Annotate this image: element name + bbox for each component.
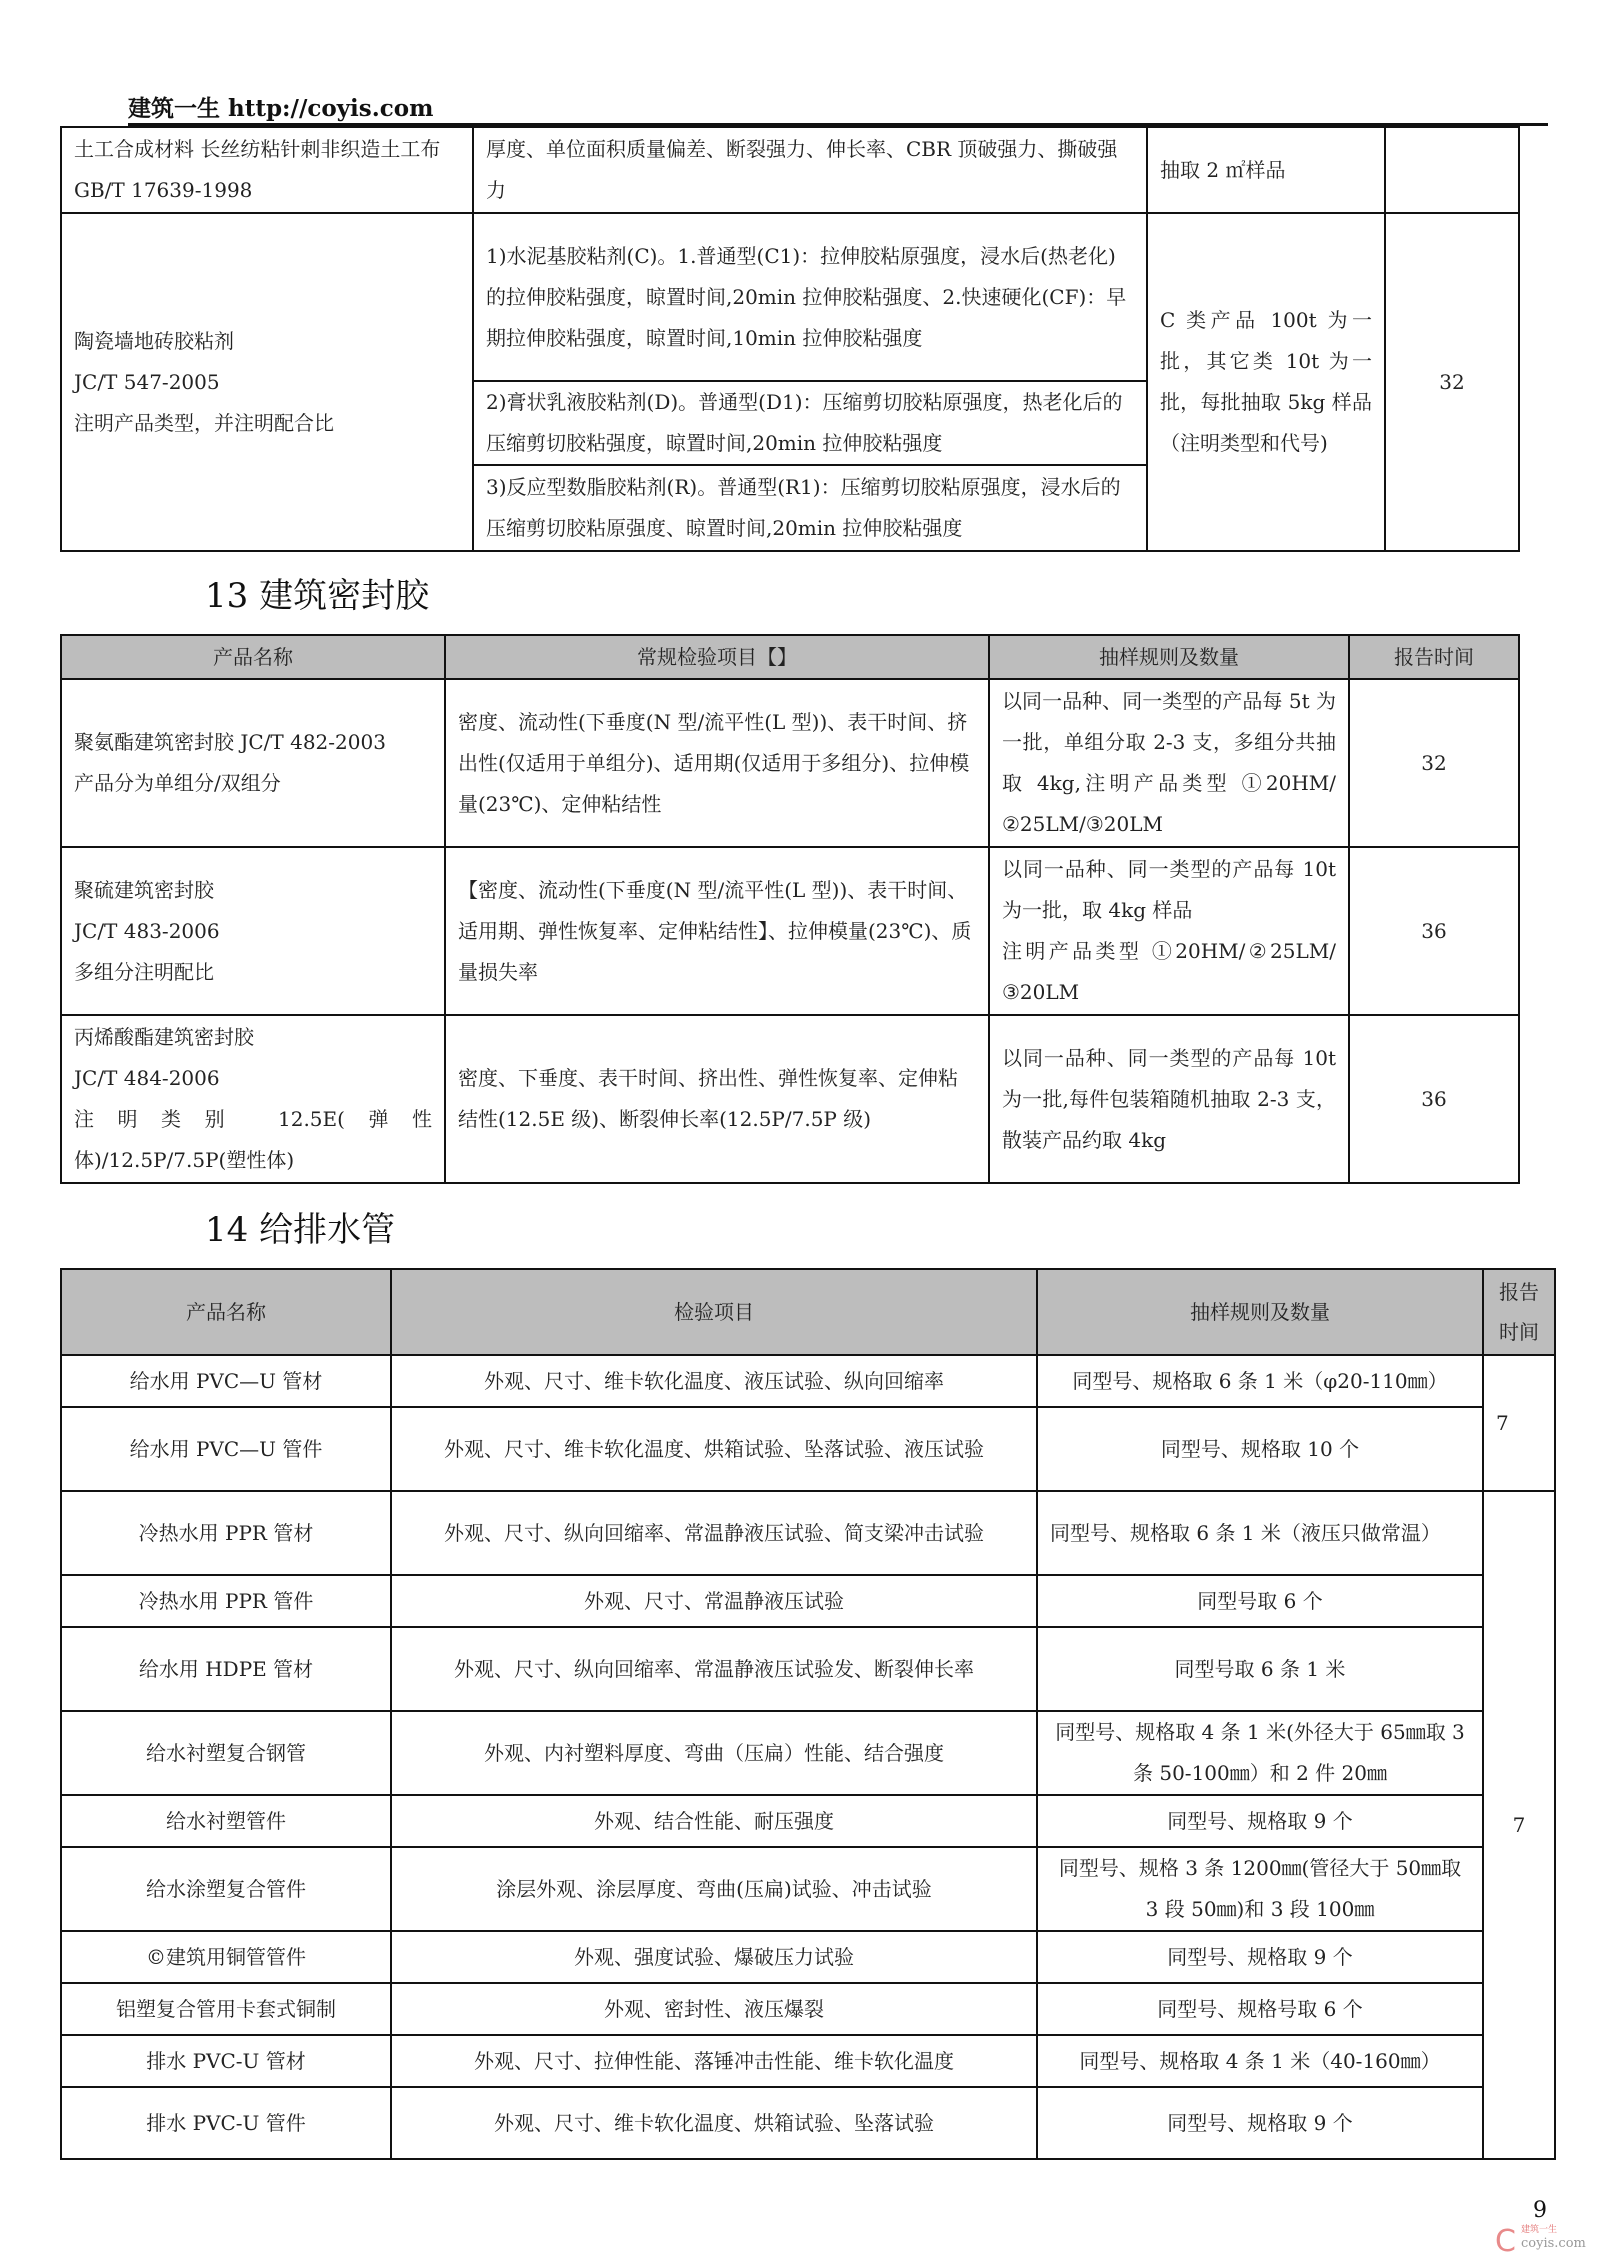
report-time: 36 [1349,847,1519,1015]
table-row: 排水 PVC-U 管件 外观、尺寸、维卡软化温度、烘箱试验、坠落试验 同型号、规… [61,2087,1555,2159]
table-row: 给水涂塑复合管件 涂层外观、涂层厚度、弯曲(压扁)试验、冲击试验 同型号、规格 … [61,1847,1555,1931]
table-row: 土工合成材料 长丝纺粘针刺非织造土工布 GB/T 17639-1998 厚度、单… [61,127,1519,213]
product-name: 聚硫建筑密封胶 JC/T 483-2006 多组分注明配比 [61,847,445,1015]
test-items: 密度、流动性(下垂度(N 型/流平性(L 型))、表干时间、挤出性(仅适用于单组… [445,679,989,847]
header-sampling: 抽样规则及数量 [989,635,1349,679]
header-sampling: 抽样规则及数量 [1037,1269,1483,1355]
test-items: 外观、内衬塑料厚度、弯曲（压扁）性能、结合强度 [391,1711,1037,1795]
sampling-rule: 同型号、规格取 6 条 1 米（φ20-110㎜） [1037,1355,1483,1407]
sampling-rule: 同型号、规格取 10 个 [1037,1407,1483,1491]
test-items: 外观、尺寸、拉伸性能、落锤冲击性能、维卡软化温度 [391,2035,1037,2087]
pipe-table: 产品名称 检验项目 抽样规则及数量 报告 时间 给水用 PVC—U 管材 外观、… [60,1268,1556,2160]
test-items: 外观、尺寸、维卡软化温度、烘箱试验、坠落试验、液压试验 [391,1407,1037,1491]
table-row: 冷热水用 PPR 管材 外观、尺寸、纵向回缩率、常温静液压试验、简支梁冲击试验 … [61,1491,1555,1575]
report-time: 7 [1483,1491,1555,2159]
test-items-sub-2: 2)膏状乳液胶粘剂(D)。普通型(D1)：压缩剪切胶粘原强度，热老化后的压缩剪切… [473,381,1147,465]
watermark-url: coyis.com [1521,2236,1586,2251]
product-name: 冷热水用 PPR 管材 [61,1491,391,1575]
product-name: 铝塑复合管用卡套式铜制 [61,1983,391,2035]
test-items-sub-3: 3)反应型数脂胶粘剂(R)。普通型(R1)：压缩剪切胶粘原强度，浸水后的压缩剪切… [473,465,1147,551]
page-number: 9 [1533,2198,1547,2223]
report-time [1385,127,1519,213]
test-items: 密度、下垂度、表干时间、挤出性、弹性恢复率、定伸粘结性(12.5E 级)、断裂伸… [445,1015,989,1183]
sampling-rule: 同型号、规格取 6 条 1 米（液压只做常温） [1037,1491,1483,1575]
sampling-rule: 以同一品种、同一类型的产品每 10t 为一批,每件包装箱随机抽取 2-3 支，散… [989,1015,1349,1183]
sampling-rule: 同型号、规格取 9 个 [1037,2087,1483,2159]
section-14-title: 14 给排水管 [205,1202,395,1251]
sampling-rule: C 类产品 100t 为一批，其它类 10t 为一批，每批抽取 5kg 样品（注… [1147,213,1385,551]
table-row: 铝塑复合管用卡套式铜制 外观、密封性、液压爆裂 同型号、规格号取 6 个 [61,1983,1555,2035]
header-product-name: 产品名称 [61,1269,391,1355]
watermark-brand: 建筑一生 [1521,2222,1557,2235]
sampling-rule: 同型号、规格 3 条 1200㎜(管径大于 50㎜取 3 段 50㎜)和 3 段… [1037,1847,1483,1931]
product-name: 陶瓷墙地砖胶粘剂 JC/T 547-2005 注明产品类型，并注明配合比 [61,213,473,551]
test-items: 涂层外观、涂层厚度、弯曲(压扁)试验、冲击试验 [391,1847,1037,1931]
table-row: 给水用 HDPE 管材 外观、尺寸、纵向回缩率、常温静液压试验发、断裂伸长率 同… [61,1627,1555,1711]
test-items: 外观、强度试验、爆破压力试验 [391,1931,1037,1983]
continued-table: 土工合成材料 长丝纺粘针刺非织造土工布 GB/T 17639-1998 厚度、单… [60,126,1520,552]
test-items-sub-1: 1)水泥基胶粘剂(C)。1.普通型(C1)：拉伸胶粘原强度，浸水后(热老化)的拉… [473,213,1147,381]
report-time: 36 [1349,1015,1519,1183]
product-name: 给水用 PVC—U 管材 [61,1355,391,1407]
section-13-title: 13 建筑密封胶 [205,568,429,617]
sampling-rule: 以同一品种、同一类型的产品每 5t 为一批，单组分取 2-3 支，多组分共抽取 … [989,679,1349,847]
header-brand: 建筑一生 http://coyis.com [128,90,433,123]
header-test-items: 常规检验项目【】 [445,635,989,679]
sampling-rule: 同型号、规格号取 6 个 [1037,1983,1483,2035]
report-time: 7 [1483,1355,1555,1491]
table-header-row: 产品名称 检验项目 抽样规则及数量 报告 时间 [61,1269,1555,1355]
product-name: 给水涂塑复合管件 [61,1847,391,1931]
table-row: 陶瓷墙地砖胶粘剂 JC/T 547-2005 注明产品类型，并注明配合比 1)水… [61,213,1519,381]
header-report-time: 报告时间 [1349,635,1519,679]
sampling-rule: 以同一品种、同一类型的产品每 10t 为一批，取 4kg 样品 注明产品类型 ①… [989,847,1349,1015]
table-row: 给水衬塑管件 外观、结合性能、耐压强度 同型号、规格取 9 个 [61,1795,1555,1847]
product-name: 排水 PVC-U 管材 [61,2035,391,2087]
watermark: C 建筑一生 coyis.com [1495,2222,1595,2258]
product-name: 排水 PVC-U 管件 [61,2087,391,2159]
sampling-rule: 同型号、规格取 9 个 [1037,1795,1483,1847]
table-row: 聚硫建筑密封胶 JC/T 483-2006 多组分注明配比 【密度、流动性(下垂… [61,847,1519,1015]
sampling-rule: 抽取 2 ㎡样品 [1147,127,1385,213]
sealant-table: 产品名称 常规检验项目【】 抽样规则及数量 报告时间 聚氨酯建筑密封胶 JC/T… [60,634,1520,1184]
product-name: ©建筑用铜管管件 [61,1931,391,1983]
table-row: ©建筑用铜管管件 外观、强度试验、爆破压力试验 同型号、规格取 9 个 [61,1931,1555,1983]
header-test-items: 检验项目 [391,1269,1037,1355]
table-row: 给水用 PVC—U 管材 外观、尺寸、维卡软化温度、液压试验、纵向回缩率 同型号… [61,1355,1555,1407]
sampling-rule: 同型号、规格取 4 条 1 米（40-160㎜） [1037,2035,1483,2087]
product-name: 丙烯酸酯建筑密封胶 JC/T 484-2006 注明类别 12.5E(弹性体)/… [61,1015,445,1183]
report-time: 32 [1385,213,1519,551]
test-items: 外观、尺寸、维卡软化温度、液压试验、纵向回缩率 [391,1355,1037,1407]
watermark-logo-icon: C [1495,2224,1516,2259]
sampling-rule: 同型号、规格取 9 个 [1037,1931,1483,1983]
product-name: 冷热水用 PPR 管件 [61,1575,391,1627]
sampling-rule: 同型号取 6 个 [1037,1575,1483,1627]
table-row: 给水用 PVC—U 管件 外观、尺寸、维卡软化温度、烘箱试验、坠落试验、液压试验… [61,1407,1555,1491]
test-items: 外观、尺寸、常温静液压试验 [391,1575,1037,1627]
test-items: 外观、密封性、液压爆裂 [391,1983,1037,2035]
test-items: 外观、结合性能、耐压强度 [391,1795,1037,1847]
product-name: 给水用 HDPE 管材 [61,1627,391,1711]
product-name: 土工合成材料 长丝纺粘针刺非织造土工布 GB/T 17639-1998 [61,127,473,213]
sampling-rule: 同型号、规格取 4 条 1 米(外径大于 65㎜取 3 条 50-100㎜）和 … [1037,1711,1483,1795]
test-items: 外观、尺寸、维卡软化温度、烘箱试验、坠落试验 [391,2087,1037,2159]
product-name: 给水衬塑管件 [61,1795,391,1847]
product-name: 给水衬塑复合钢管 [61,1711,391,1795]
report-time: 32 [1349,679,1519,847]
test-items: 厚度、单位面积质量偏差、断裂强力、伸长率、CBR 顶破强力、撕破强力 [473,127,1147,213]
table-row: 丙烯酸酯建筑密封胶 JC/T 484-2006 注明类别 12.5E(弹性体)/… [61,1015,1519,1183]
test-items: 【密度、流动性(下垂度(N 型/流平性(L 型))、表干时间、适用期、弹性恢复率… [445,847,989,1015]
test-items: 外观、尺寸、纵向回缩率、常温静液压试验、简支梁冲击试验 [391,1491,1037,1575]
table-row: 排水 PVC-U 管材 外观、尺寸、拉伸性能、落锤冲击性能、维卡软化温度 同型号… [61,2035,1555,2087]
product-name: 聚氨酯建筑密封胶 JC/T 482-2003 产品分为单组分/双组分 [61,679,445,847]
table-row: 冷热水用 PPR 管件 外观、尺寸、常温静液压试验 同型号取 6 个 [61,1575,1555,1627]
header-product-name: 产品名称 [61,635,445,679]
header-report-time: 报告 时间 [1483,1269,1555,1355]
product-name: 给水用 PVC—U 管件 [61,1407,391,1491]
sampling-rule: 同型号取 6 条 1 米 [1037,1627,1483,1711]
test-items: 外观、尺寸、纵向回缩率、常温静液压试验发、断裂伸长率 [391,1627,1037,1711]
table-header-row: 产品名称 常规检验项目【】 抽样规则及数量 报告时间 [61,635,1519,679]
table-row: 聚氨酯建筑密封胶 JC/T 482-2003 产品分为单组分/双组分 密度、流动… [61,679,1519,847]
table-row: 给水衬塑复合钢管 外观、内衬塑料厚度、弯曲（压扁）性能、结合强度 同型号、规格取… [61,1711,1555,1795]
